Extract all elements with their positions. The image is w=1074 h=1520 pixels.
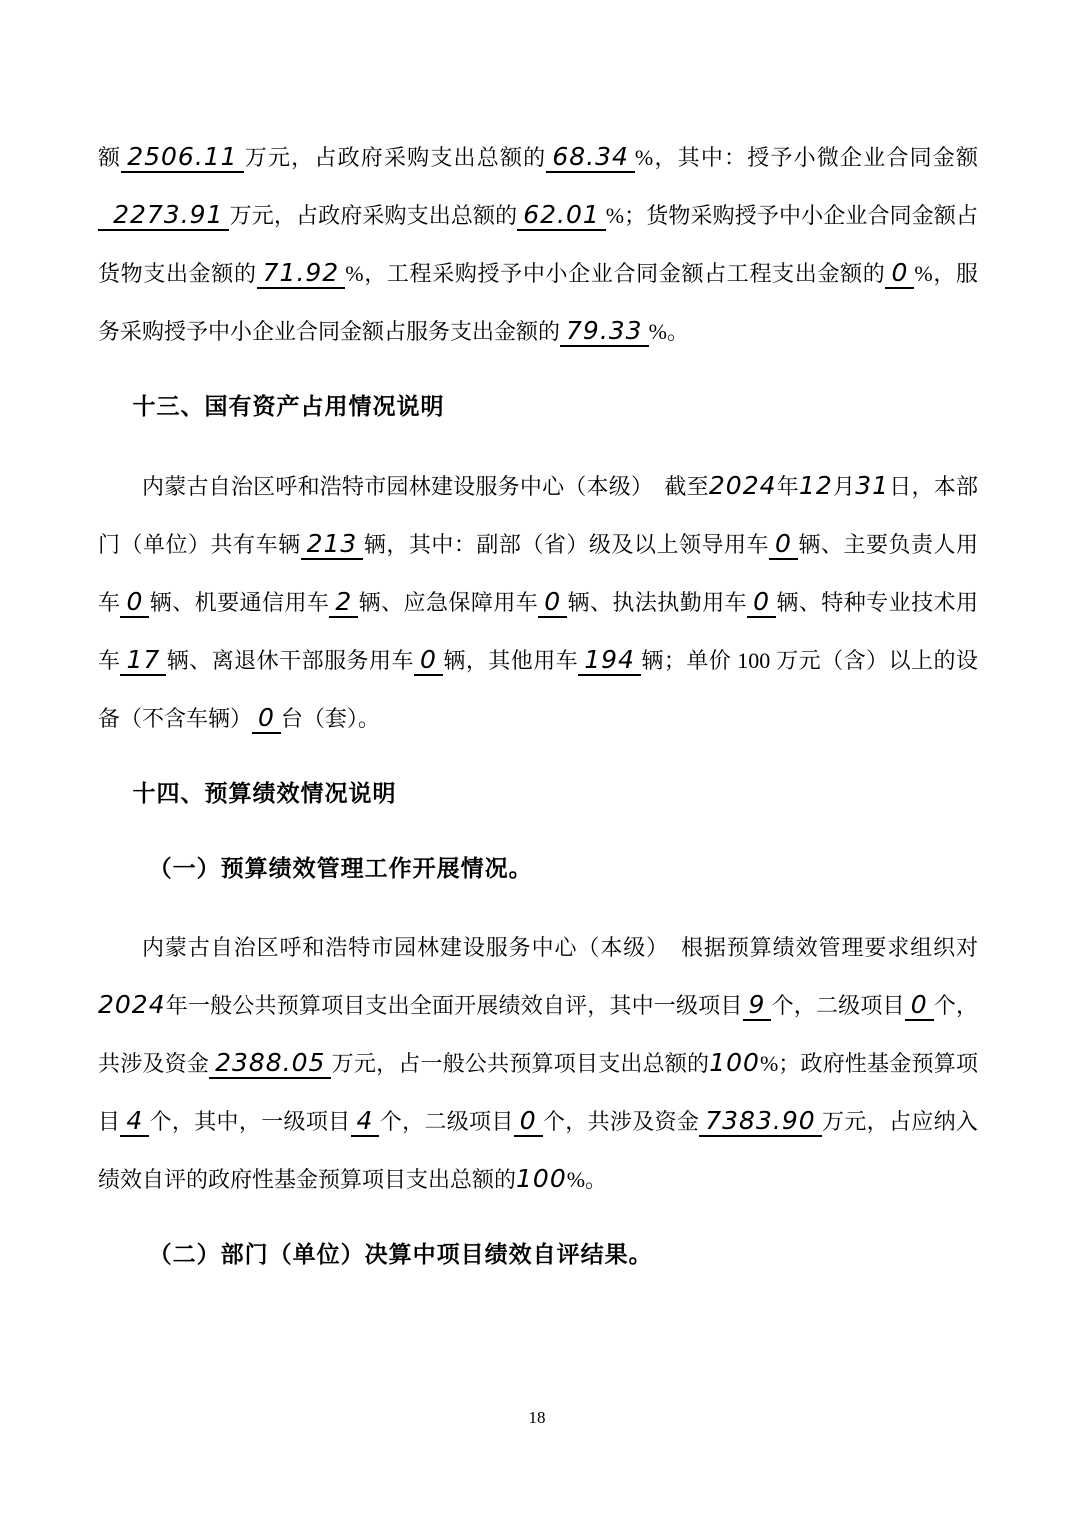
fill-in-value: 100: [709, 1048, 760, 1077]
section-heading: 十四、预算绩效情况说明: [98, 765, 978, 822]
page-number: 18: [0, 1408, 1074, 1428]
fill-in-value: 68.34: [546, 142, 635, 173]
text-run: 个，二级项目: [379, 1109, 513, 1134]
document-page: { "page": { "number": "18" }, "content":…: [0, 0, 1074, 1520]
fill-in-value: 9: [743, 990, 772, 1021]
text-run: 内蒙古自治区呼和浩特市园林建设服务中心（本级） 根据预算绩效管理要求组织对: [142, 935, 978, 960]
paragraph: 内蒙古自治区呼和浩特市园林建设服务中心（本级） 截至2024年12月31日，本部…: [98, 457, 978, 747]
text-run: 月: [833, 474, 855, 499]
text-run: 辆、离退休干部服务用车: [166, 648, 414, 673]
text-run: %，工程采购授予中小企业合同金额占工程支出金额的: [345, 261, 885, 286]
text-run: %，其中：授予小微企业合同金额: [635, 145, 978, 170]
fill-in-value: 79.33: [560, 316, 649, 347]
fill-in-value: 0: [538, 587, 567, 618]
fill-in-value: 0: [514, 1106, 543, 1137]
fill-in-value: 71.92: [257, 258, 346, 289]
fill-in-value: 0: [885, 258, 914, 289]
fill-in-value: 0: [769, 529, 798, 560]
section-heading: 十三、国有资产占用情况说明: [98, 378, 978, 435]
text-run: 辆、执法执勤用车: [567, 590, 747, 615]
text-run: 万元，占政府采购支出总额的: [229, 203, 517, 228]
fill-in-value: 62.01: [517, 200, 606, 231]
text-run: 额: [98, 145, 121, 170]
text-run: 台（套）。: [281, 706, 380, 731]
paragraph: 额2506.11万元，占政府采购支出总额的68.34%，其中：授予小微企业合同金…: [98, 128, 978, 360]
fill-in-value: 194: [578, 645, 641, 676]
fill-in-value: 4: [351, 1106, 380, 1137]
fill-in-value: 2273.91: [98, 200, 229, 231]
text-run: 年: [777, 474, 799, 499]
text-run: 辆，其他用车: [443, 648, 578, 673]
fill-in-value: 4: [120, 1106, 149, 1137]
text-run: %。: [567, 1167, 607, 1192]
text-run: 个，二级项目: [771, 993, 904, 1018]
fill-in-value: 0: [252, 703, 281, 734]
fill-in-value: 2506.11: [121, 142, 243, 173]
text-run: 内蒙古自治区呼和浩特市园林建设服务中心（本级） 截至: [142, 474, 709, 499]
fill-in-value: 213: [301, 529, 364, 560]
text-run: 万元，占一般公共预算项目支出总额的: [331, 1051, 709, 1076]
text-run: 个，其中，一级项目: [149, 1109, 350, 1134]
fill-in-value: 100: [516, 1164, 567, 1193]
text-run: 年一般公共预算项目支出全面开展绩效自评，其中一级项目: [166, 993, 743, 1018]
fill-in-value: 0: [414, 645, 443, 676]
fill-in-value: 12: [799, 471, 833, 500]
fill-in-value: 2388.05: [209, 1048, 331, 1079]
fill-in-value: 0: [747, 587, 776, 618]
text-run: 辆、机要通信用车: [149, 590, 329, 615]
sub-heading: （二）部门（单位）决算中项目绩效自评结果。: [98, 1226, 978, 1283]
text-run: 辆，其中：副部（省）级及以上领导用车: [363, 532, 769, 557]
text-run: %。: [649, 319, 689, 344]
fill-in-value: 0: [905, 990, 934, 1021]
fill-in-value: 2024: [709, 471, 777, 500]
fill-in-value: 2024: [98, 990, 166, 1019]
fill-in-value: 31: [855, 471, 889, 500]
fill-in-value: 17: [120, 645, 166, 676]
text-run: 个，共涉及资金: [543, 1109, 700, 1134]
fill-in-value: 7383.90: [699, 1106, 821, 1137]
text-run: 万元，占政府采购支出总额的: [244, 145, 547, 170]
fill-in-value: 0: [120, 587, 149, 618]
fill-in-value: 2: [329, 587, 358, 618]
text-content: 额2506.11万元，占政府采购支出总额的68.34%，其中：授予小微企业合同金…: [98, 128, 978, 1283]
sub-heading: （一）预算绩效管理工作开展情况。: [98, 840, 978, 897]
paragraph: 内蒙古自治区呼和浩特市园林建设服务中心（本级） 根据预算绩效管理要求组织对202…: [98, 919, 978, 1208]
text-run: 辆、应急保障用车: [358, 590, 538, 615]
